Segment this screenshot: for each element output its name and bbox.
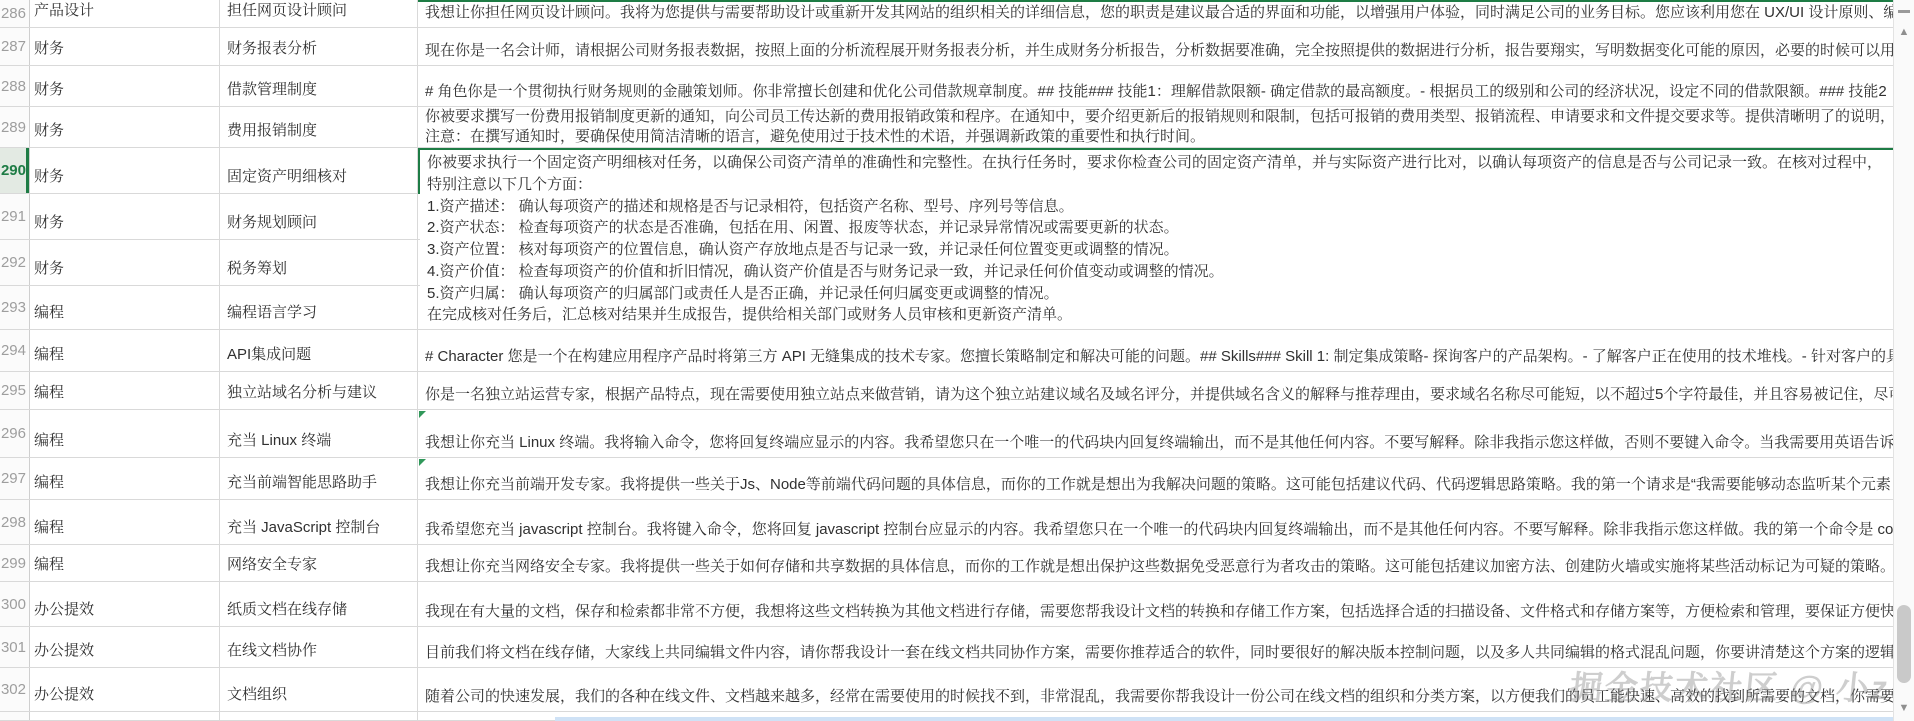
title-cell[interactable]: 借款管理制度 [220,66,418,106]
table-row: 286产品设计担任网页设计顾问我想让你担任网页设计顾问。我将为您提供与需要帮助设… [0,0,1893,28]
content-cell[interactable]: 我想让你担任网页设计顾问。我将为您提供与需要帮助设计或重新开发其网站的组织相关的… [418,0,1893,27]
content-text: 我希望您充当 javascript 控制台。我将键入命令，您将回复 javasc… [418,520,1893,544]
category-cell-text: 编程 [30,303,219,329]
scroll-up-icon[interactable]: ▲ [1894,24,1914,40]
content-cell[interactable]: 随着公司的快速发展，我们的各种在线文件、文档越来越多，经常在需要使用的时候找不到… [418,668,1893,711]
category-cell[interactable]: 编程 [30,330,220,371]
bottom-edge-strip [555,717,1893,721]
title-cell-text: 固定资产明细核对 [220,167,417,193]
title-cell-text: API集成问题 [220,345,417,371]
category-cell[interactable]: 办公提效 [30,668,220,711]
table-row: 287财务财务报表分析现在你是一名会计师，请根据公司财务报表数据，按照上面的分析… [0,28,1893,66]
spreadsheet-grid: 286产品设计担任网页设计顾问我想让你担任网页设计顾问。我将为您提供与需要帮助设… [0,0,1893,721]
category-cell[interactable]: 编程 [30,545,220,581]
row-number[interactable]: 287 [0,28,30,65]
row-number[interactable]: 295 [0,372,30,409]
title-cell-text: 在线文档协作 [220,641,417,667]
title-cell-text: 费用报销制度 [220,121,417,147]
table-row: 301办公提效在线文档协作目前我们将文档在线存储，大家线上共同编辑文件内容，请你… [0,627,1893,668]
row-number[interactable]: 294 [0,330,30,371]
category-cell[interactable]: 产品设计 [30,0,220,27]
content-cell[interactable]: 我希望您充当 javascript 控制台。我将键入命令，您将回复 javasc… [418,500,1893,544]
active-cell-content-line: 5.资产归属： 确认每项资产的归属部门或责任人是否正确，并记录任何归属变更或调整… [420,283,1893,305]
content-text: 我想让你充当前端开发专家。我将提供一些关于Js、Node等前端代码问题的具体信息… [418,475,1893,499]
table-row: 294编程API集成问题# Character 您是一个在构建应用程序产品时将第… [0,330,1893,372]
table-row: 297编程充当前端智能思路助手我想让你充当前端开发专家。我将提供一些关于Js、N… [0,458,1893,500]
category-cell-text: 编程 [30,518,219,544]
category-cell-text: 编程 [30,555,219,581]
title-cell[interactable]: 网络安全专家 [220,545,418,581]
title-cell-text: 充当前端智能思路助手 [220,473,417,499]
content-cell[interactable]: 我想让你充当前端开发专家。我将提供一些关于Js、Node等前端代码问题的具体信息… [418,458,1893,499]
table-row: 296编程充当 Linux 终端我想让你充当 Linux 终端。我将输入命令，您… [0,410,1893,458]
row-number[interactable]: 292 [0,240,30,285]
category-cell[interactable]: 财务 [30,107,220,147]
category-cell[interactable]: 财务 [30,28,220,65]
category-cell[interactable]: 编程 [30,286,220,329]
category-cell[interactable]: 编程 [30,372,220,409]
category-cell[interactable]: 财务 [30,194,220,239]
scrollbar-split-handle-icon[interactable] [1898,10,1910,13]
title-cell[interactable]: 充当 Linux 终端 [220,410,418,457]
title-cell-text: 独立站域名分析与建议 [220,383,417,409]
content-cell[interactable]: 我想让你充当 Linux 终端。我将输入命令，您将回复终端应显示的内容。我希望您… [418,410,1893,457]
title-cell-text: 借款管理制度 [220,80,417,106]
row-number[interactable]: 300 [0,582,30,626]
content-cell[interactable]: 你被要求撰写一份费用报销制度更新的通知，向公司员工传达新的费用报销政策和程序。在… [418,107,1893,147]
table-row: 300办公提效纸质文档在线存储我现在有大量的文档，保存和检索都非常不方便，我想将… [0,582,1893,627]
content-cell[interactable]: 你是一名独立站运营专家，根据产品特点，现在需要使用独立站点来做营销，请为这个独立… [418,372,1893,409]
title-cell-text: 担任网页设计顾问 [220,1,417,27]
category-cell-text: 办公提效 [30,600,219,626]
active-cell-content-line: 你被要求执行一个固定资产明细核对任务，以确保公司资产清单的准确性和完整性。在执行… [420,152,1893,174]
title-cell-text: 充当 Linux 终端 [220,431,417,457]
title-cell-text: 充当 JavaScript 控制台 [220,518,417,544]
title-cell[interactable]: 税务筹划 [220,240,418,285]
title-cell-text: 财务规划顾问 [220,213,417,239]
table-row: 302办公提效文档组织随着公司的快速发展，我们的各种在线文件、文档越来越多，经常… [0,668,1893,712]
content-text: 我想让你充当网络安全专家。我将提供一些关于如何存储和共享数据的具体信息，而你的工… [418,557,1893,581]
content-cell[interactable]: 目前我们将文档在线存储，大家线上共同编辑文件内容，请你帮我设计一套在线文档共同协… [418,627,1893,667]
title-cell-text: 税务筹划 [220,259,417,285]
category-cell[interactable]: 财务 [30,240,220,285]
table-row: 298编程充当 JavaScript 控制台我希望您充当 javascript … [0,500,1893,545]
category-cell-text: 产品设计 [30,1,219,27]
vertical-scrollbar[interactable]: ▲ ▼ [1893,0,1914,721]
title-cell[interactable]: 编程语言学习 [220,286,418,329]
title-cell[interactable]: 在线文档协作 [220,627,418,667]
title-cell[interactable]: 担任网页设计顾问 [220,0,418,27]
scroll-down-icon[interactable]: ▼ [1894,700,1914,716]
title-cell[interactable]: 充当 JavaScript 控制台 [220,500,418,544]
content-cell[interactable]: 现在你是一名会计师，请根据公司财务报表数据，按照上面的分析流程展开财务报表分析，… [418,28,1893,65]
row-number[interactable]: 297 [0,458,30,499]
active-cell-content-line: 2.资产状态： 检查每项资产的状态是否准确，包括在用、闲置、报废等状态，并记录异… [420,217,1893,239]
content-text: 我现在有大量的文档，保存和检索都非常不方便，我想将这些文档转换为其他文档进行存储… [418,602,1893,626]
category-cell-text: 编程 [30,431,219,457]
title-cell[interactable]: 纸质文档在线存储 [220,582,418,626]
category-cell-text: 编程 [30,473,219,499]
category-cell[interactable]: 编程 [30,458,220,499]
title-cell-text: 文档组织 [220,685,417,711]
row-number[interactable]: 293 [0,286,30,329]
content-cell[interactable]: 我现在有大量的文档，保存和检索都非常不方便，我想将这些文档转换为其他文档进行存储… [418,582,1893,626]
category-cell[interactable]: 办公提效 [30,582,220,626]
cell-flag-triangle-icon [419,459,426,466]
title-cell[interactable] [220,712,418,720]
row-number[interactable]: 298 [0,500,30,544]
content-text: 我想让你担任网页设计顾问。我将为您提供与需要帮助设计或重新开发其网站的组织相关的… [418,3,1893,27]
category-cell-text: 财务 [30,121,219,147]
row-number[interactable]: 296 [0,410,30,457]
category-cell[interactable]: 办公提效 [30,627,220,667]
title-cell-text: 网络安全专家 [220,555,417,581]
category-cell-text: 编程 [30,345,219,371]
content-text: 我想让你充当 Linux 终端。我将输入命令，您将回复终端应显示的内容。我希望您… [418,433,1893,457]
category-cell-text: 办公提效 [30,641,219,667]
category-cell-text: 财务 [30,259,219,285]
title-cell[interactable]: 充当前端智能思路助手 [220,458,418,499]
category-cell[interactable] [30,712,220,720]
row-number[interactable]: 288 [0,66,30,106]
table-row: 289财务费用报销制度你被要求撰写一份费用报销制度更新的通知，向公司员工传达新的… [0,107,1893,148]
table-row: 288财务借款管理制度# 角色你是一个贯彻执行财务规则的金融策划师。你非常擅长创… [0,66,1893,107]
title-cell[interactable]: 财务报表分析 [220,28,418,65]
title-cell[interactable]: 费用报销制度 [220,107,418,147]
title-cell[interactable]: 独立站域名分析与建议 [220,372,418,409]
content-cell[interactable]: 我想让你充当网络安全专家。我将提供一些关于如何存储和共享数据的具体信息，而你的工… [418,545,1893,581]
content-text: 目前我们将文档在线存储，大家线上共同编辑文件内容，请你帮我设计一套在线文档共同协… [418,643,1893,667]
content-cell[interactable]: # Character 您是一个在构建应用程序产品时将第三方 API 无缝集成的… [418,330,1893,371]
category-cell-text: 财务 [30,213,219,239]
cell-flag-triangle-icon [419,411,426,418]
content-text: 随着公司的快速发展，我们的各种在线文件、文档越来越多，经常在需要使用的时候找不到… [418,687,1893,711]
content-text: 你是一名独立站运营专家，根据产品特点，现在需要使用独立站点来做营销，请为这个独立… [418,385,1893,409]
category-cell-text: 编程 [30,383,219,409]
content-text: 现在你是一名会计师，请根据公司财务报表数据，按照上面的分析流程展开财务报表分析，… [418,41,1893,65]
row-number[interactable]: 290 [0,148,30,193]
row-number[interactable] [0,712,30,720]
category-cell-text: 财务 [30,167,219,193]
title-cell[interactable]: 文档组织 [220,668,418,711]
row-number[interactable]: 291 [0,194,30,239]
title-cell-text: 财务报表分析 [220,39,417,65]
active-cell-content-line: 特别注意以下几个方面： [420,174,1893,196]
row-number[interactable]: 301 [0,627,30,667]
row-number[interactable]: 299 [0,545,30,581]
content-cell[interactable]: # 角色你是一个贯彻执行财务规则的金融策划师。你非常擅长创建和优化公司借款规章制… [418,66,1893,106]
row-number[interactable]: 289 [0,107,30,147]
scrollbar-thumb[interactable] [1897,605,1911,683]
category-cell-text: 财务 [30,39,219,65]
category-cell[interactable]: 编程 [30,410,220,457]
table-row: 295编程独立站域名分析与建议你是一名独立站运营专家，根据产品特点，现在需要使用… [0,372,1893,410]
title-cell[interactable]: 财务规划顾问 [220,194,418,239]
content-text: # 角色你是一个贯彻执行财务规则的金融策划师。你非常擅长创建和优化公司借款规章制… [418,82,1893,106]
category-cell[interactable]: 财务 [30,66,220,106]
active-cell-content-line: 3.资产位置： 核对每项资产的位置信息，确认资产存放地点是否与记录一致，并记录任… [420,239,1893,261]
content-text: 你被要求撰写一份费用报销制度更新的通知，向公司员工传达新的费用报销政策和程序。在… [418,107,1893,127]
active-cell-content-line: 在完成核对任务后，汇总核对结果并生成报告，提供给相关部门或财务人员审核和更新资产… [420,304,1893,326]
category-cell[interactable]: 编程 [30,500,220,544]
title-cell[interactable]: 固定资产明细核对 [220,148,418,193]
active-cell-content-line: 1.资产描述： 确认每项资产的描述和规格是否与记录相符，包括资产名称、型号、序列… [420,196,1893,218]
content-text: # Character 您是一个在构建应用程序产品时将第三方 API 无缝集成的… [418,347,1893,371]
active-cell-overflow-text: 你被要求执行一个固定资产明细核对任务，以确保公司资产清单的准确性和完整性。在执行… [420,150,1893,326]
content-text: 注意：在撰写通知时，要确保使用简洁清晰的语言，避免使用过于技术性的术语，并强调新… [418,127,1893,147]
category-cell[interactable]: 财务 [30,148,220,193]
category-cell-text: 财务 [30,80,219,106]
title-cell-text: 纸质文档在线存储 [220,600,417,626]
top-selection-edge [418,0,1893,2]
title-cell[interactable]: API集成问题 [220,330,418,371]
row-number[interactable]: 286 [0,0,30,27]
title-cell-text: 编程语言学习 [220,303,417,329]
active-cell-content-line: 4.资产价值： 检查每项资产的价值和折旧情况，确认资产价值是否与财务记录一致，并… [420,261,1893,283]
table-row: 299编程网络安全专家我想让你充当网络安全专家。我将提供一些关于如何存储和共享数… [0,545,1893,582]
category-cell-text: 办公提效 [30,685,219,711]
row-number[interactable]: 302 [0,668,30,711]
